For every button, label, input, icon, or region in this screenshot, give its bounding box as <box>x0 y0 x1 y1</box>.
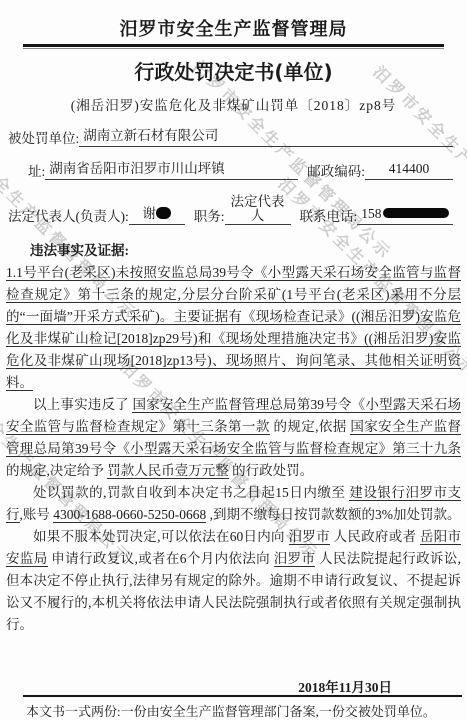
document-number: (湘岳汨罗)安监危化及非煤矿山罚单〔2018〕zp8号 <box>0 94 467 114</box>
legal-rep-name: 谢 <box>129 205 185 225</box>
footer-note: 本文书一式两份:一份由安全生产监督管理部门备案,一份交被处罚单位。 <box>26 701 459 720</box>
template-text: 人民政府或者 <box>330 529 420 544</box>
redaction-bar <box>383 208 449 218</box>
phone-label: 联系电话: <box>300 208 358 225</box>
template-text: 申请行政复议,或者在6个月内依法向 <box>48 551 274 566</box>
header-rule <box>23 44 444 49</box>
filled-in-text: 汨罗市 <box>274 551 316 567</box>
paragraph-appeal: 如果不服本处罚决定,可以依法在60日内向 汨罗市 人民政府或者 岳阳市安监局 申… <box>6 526 461 636</box>
document-title: 行政处罚决定书(单位) <box>0 56 467 85</box>
duty-label: 职务: <box>194 208 225 225</box>
filled-in-text: 汨罗市 <box>289 529 330 545</box>
facts-evidence-heading: 违法事实及证据: <box>8 239 459 259</box>
duty-value: 法定代表人 <box>225 195 291 225</box>
template-text: ,账号 <box>20 507 54 522</box>
decision-date: 2018年11月30日 <box>0 676 392 696</box>
legal-rep-name-text: 谢 <box>143 206 157 221</box>
footer-rule <box>23 695 462 697</box>
filled-in-text: 罚款人民币壹万元整 <box>107 463 229 479</box>
template-text: 的规定,决定给予 <box>6 463 107 478</box>
phone-value-text: 158 <box>361 206 381 221</box>
legal-rep-label: 法定代表人(负责人): <box>8 208 129 225</box>
address-row: 址: 湖南省岳阳市汨罗市川山坪镇 邮政编码: 414400 <box>8 160 453 180</box>
redaction-blob <box>156 207 171 219</box>
template-text: 以上事实违反了 <box>33 397 132 412</box>
paragraph-violation: 以上事实违反了 国家安全生产监督管理总局第39号令《小型露天采石场安全监管与监督… <box>6 394 461 482</box>
filled-in-text: 1.1号平台(老采区)未按照安监总局39号令《小型露天采石场安全监管与监督检查规… <box>6 265 461 391</box>
postcode-label: 邮政编码: <box>307 163 365 180</box>
phone-value: 158 <box>357 205 453 225</box>
address-value: 湖南省岳阳市汨罗市川山坪镇 <box>45 160 298 180</box>
punished-unit-label: 被处罚单位: <box>8 130 79 147</box>
template-text: ,到期不缴每日按罚款数额的3%加处罚款。 <box>206 507 460 522</box>
template-text: 如果不服本处罚决定,可以依法在60日内向 <box>33 529 289 544</box>
template-text: 处以罚款的,罚款自收到本决定书之日起15日内缴至 <box>33 485 349 500</box>
postcode-value: 414400 <box>365 160 453 180</box>
penalty-decision-document: 汨罗市安全生产监督管理局公示 汨罗市安全生产监督管理局公示 汨罗市安全生产监督管… <box>0 0 467 721</box>
legal-representative-row: 法定代表人(负责人): 谢 职务: 法定代表人 联系电话: 158 <box>8 195 453 225</box>
template-text: 的行政处罚。 <box>229 463 313 478</box>
filled-in-text: 4300-1688-0660-5250-0668 <box>53 507 206 523</box>
punished-unit-value: 湖南立新石材有限公司 <box>79 127 453 147</box>
address-label: 址: <box>8 163 45 180</box>
agency-title: 汨罗市安全生产监督管理局 <box>0 15 467 41</box>
paragraph-payment: 处以罚款的,罚款自收到本决定书之日起15日内缴至 建设银行汨罗市支行,账号 43… <box>6 482 461 526</box>
punished-unit-row: 被处罚单位: 湖南立新石材有限公司 <box>8 127 453 147</box>
template-text: 的规定,依据 <box>270 419 351 434</box>
paragraph-facts: 1.1号平台(老采区)未按照安监总局39号令《小型露天采石场安全监管与监督检查规… <box>6 262 461 394</box>
